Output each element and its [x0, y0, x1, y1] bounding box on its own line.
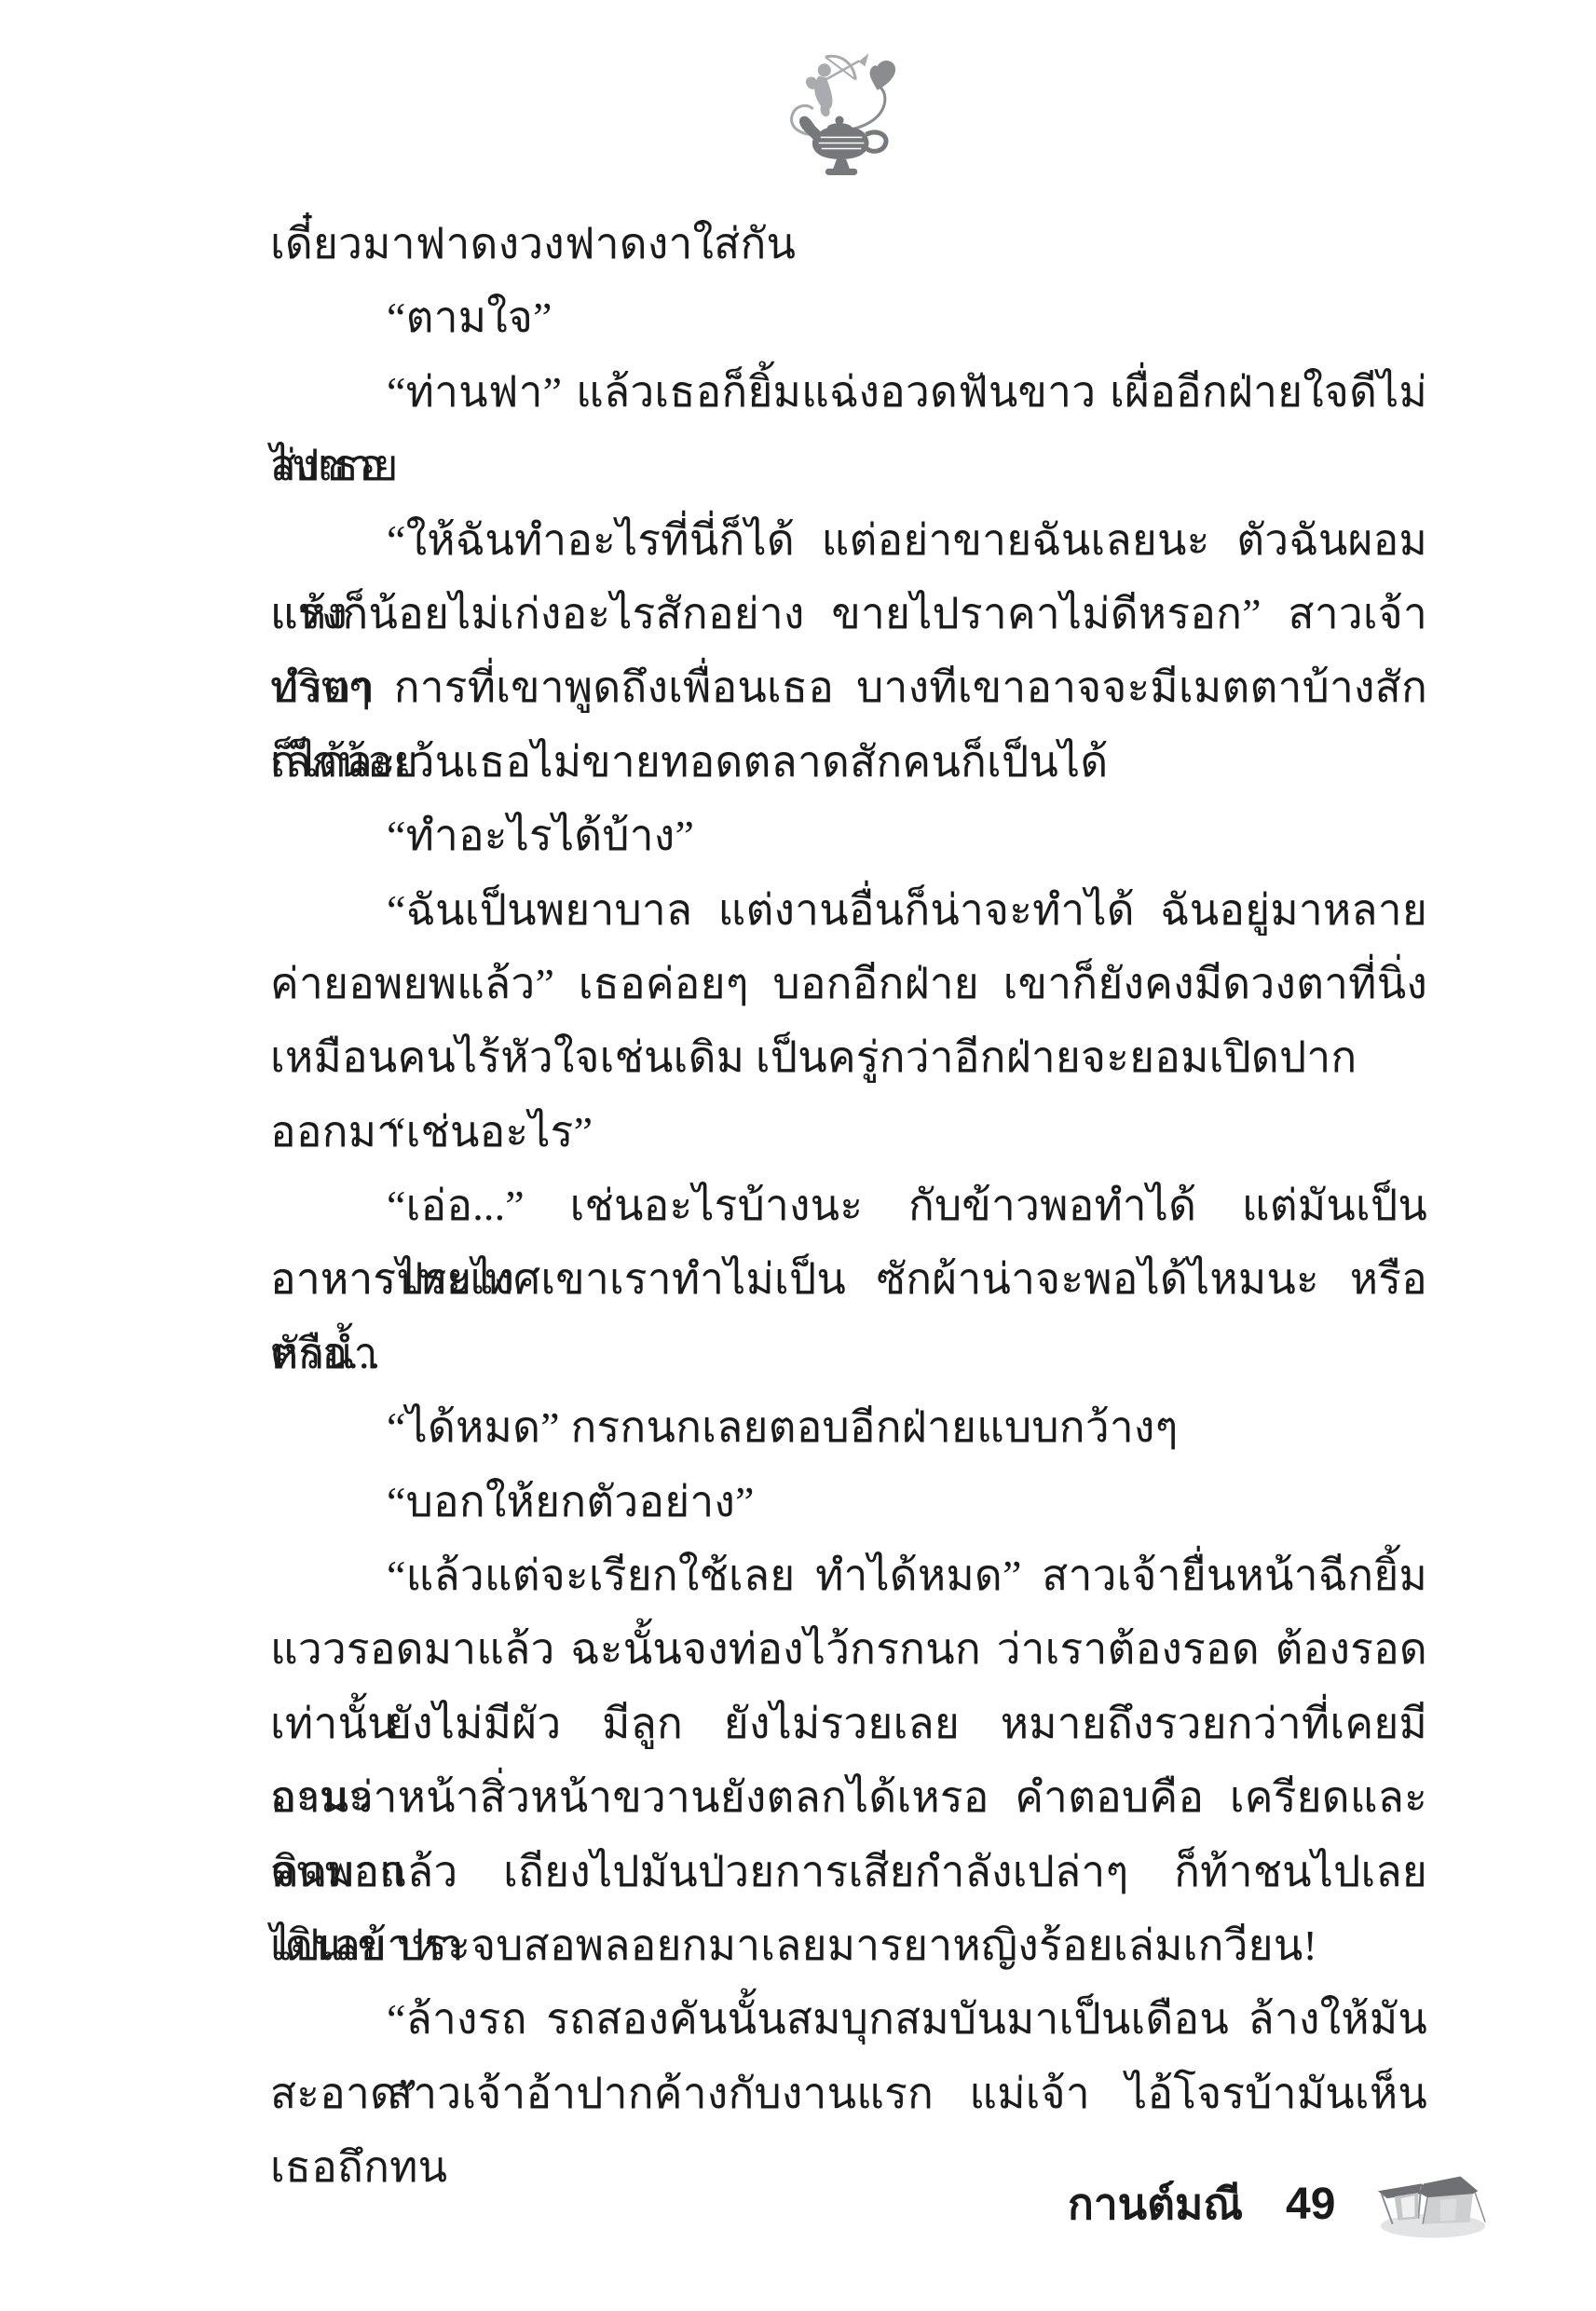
text-line: จนพอแล้ว เถียงไปมันป่วยการเสียกำลังเปล่า… — [270, 1835, 1427, 1908]
text-line: ไปเลย ประจบสอพลอยกมาเลยมารยาหญิงร้อยเล่ม… — [270, 1908, 1427, 1982]
text-line: ถามว่าหน้าสิ่วหน้าขวานยังตลกได้เหรอ คำตอ… — [270, 1760, 1427, 1834]
text-line: ปริบๆ การที่เขาพูดถึงเพื่อนเธอ บางทีเขาอ… — [270, 650, 1427, 724]
text-line: “ล้างรถ รถสองคันนั้นสมบุกสมบันมาเป็นเดือ… — [270, 1982, 1427, 2056]
text-line: “ให้ฉันทำอะไรที่นี่ก็ได้ แต่อย่าขายฉันเล… — [270, 503, 1427, 577]
text-line: ค่ายอพยพแล้ว” เธอค่อยๆ บอกอีกฝ่าย เขาก็ย… — [270, 947, 1427, 1020]
text-line: แรงก็น้อยไม่เก่งอะไรสักอย่าง ขายไปราคาไม… — [270, 577, 1427, 650]
book-title: กานต์มณี — [1068, 2170, 1243, 2238]
text-line: “แล้วแต่จะเรียกใช้เลย ทำได้หมด” สาวเจ้าย… — [270, 1538, 1427, 1612]
text-line: “ได้หมด” กรกนกเลยตอบอีกฝ่ายแบบกว้างๆ — [270, 1390, 1427, 1464]
text-line: “เช่นอะไร” — [270, 1095, 1427, 1169]
body-text: เดี๋ยวมาฟาดงวงฟาดงาใส่กัน“ตามใจ”“ท่านฟา”… — [270, 207, 1427, 2130]
tent-icon — [1371, 2165, 1492, 2243]
text-line: หรือ... — [270, 1317, 1427, 1390]
text-line: สาวเจ้าอ้าปากค้างกับงานแรก แม่เจ้า ไอ้โจ… — [270, 2057, 1427, 2130]
text-line: ยังไม่มีผัว มีลูก ยังไม่รวยเลย หมายถึงรว… — [270, 1687, 1427, 1760]
text-line: “ท่านฟา” แล้วเธอก็ยิ้มแฉ่งอวดฟันขาว เผื่… — [270, 355, 1427, 429]
page-number: 49 — [1286, 2179, 1335, 2230]
text-line: เดี๋ยวมาฟาดงวงฟาดงาใส่กัน — [270, 207, 1427, 280]
page-footer: กานต์มณี 49 — [1068, 2164, 1492, 2244]
cupid-lamp-ornament-icon — [771, 47, 904, 179]
text-line: เหมือนคนไร้หัวใจเช่นเดิม เป็นครู่กว่าอีก… — [270, 1020, 1427, 1094]
text-line: อาหารประเทศเขาเราทำไม่เป็น ซักผ้าน่าจะพอ… — [270, 1242, 1427, 1316]
text-line: “ทำอะไรได้บ้าง” — [270, 799, 1427, 872]
text-line: แววรอดมาแล้ว ฉะนั้นจงท่องไว้กรกนก ว่าเรา… — [270, 1612, 1427, 1686]
text-line: ก็ได้ละเว้นเธอไม่ขายทอดตลาดสักคนก็เป็นได… — [270, 725, 1427, 799]
text-line: ไปขาย — [270, 429, 1427, 502]
text-line: “ฉันเป็นพยาบาล แต่งานอื่นก็น่าจะทำได้ ฉั… — [270, 873, 1427, 947]
text-line: “บอกให้ยกตัวอย่าง” — [270, 1465, 1427, 1538]
text-line: “ตามใจ” — [270, 280, 1427, 354]
book-page: เดี๋ยวมาฟาดงวงฟาดงาใส่กัน“ตามใจ”“ท่านฟา”… — [0, 0, 1596, 2311]
text-line: “เอ่อ...” เช่นอะไรบ้างนะ กับข้าวพอทำได้ … — [270, 1169, 1427, 1242]
